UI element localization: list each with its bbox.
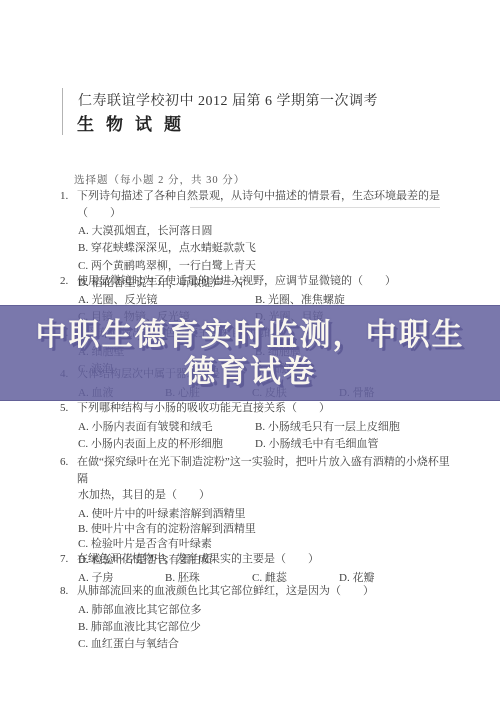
question-number: 5. (60, 400, 77, 417)
subject-heading: 生物试题 (77, 110, 193, 135)
option-C: C. 小肠内表面上皮的杯形细胞 (78, 436, 255, 453)
question-stem: 8.从肺部流回来的血液颜色比其它部位鲜红，这是因为（ ） (60, 583, 456, 600)
option-D: D. 小肠绒毛中有毛细血管 (255, 436, 378, 453)
option-row: C. 血红蛋白与氧结合 (60, 636, 456, 653)
option-row: C. 小肠内表面上皮的杯形细胞D. 小肠绒毛中有毛细血管 (60, 436, 456, 453)
question-stem: 5.下列哪种结构与小肠的吸收功能无直接关系（ ） (60, 400, 456, 417)
watermark-banner: 中职生德育实时监测，中职生 德育试卷 (0, 305, 500, 401)
option-C: C. 血红蛋白与氧结合 (78, 636, 179, 653)
option-B: B. 肺部血液比其它部位少 (78, 619, 201, 636)
option-row: B. 穿花蛱蝶深深见，点水蜻蜓款款飞 (60, 240, 456, 257)
option-A: A. 大漠孤烟直，长河落日圆 (78, 223, 212, 240)
question-7: 7.在绿色开花植物中，发育成果实的主要是（ ）A. 子房B. 胚珠C. 雌蕊D.… (60, 551, 456, 587)
scan-artifact-vertical-line (62, 88, 63, 135)
options: A. 肺部血液比其它部位多B. 肺部血液比其它部位少C. 血红蛋白与氧结合 (60, 602, 456, 654)
question-stem: 2.使用显微镜时为了使适量的光进入视野，应调节显微镜的（ ） (60, 273, 456, 290)
question-number: 6. (60, 454, 77, 487)
option-row: A. 肺部血液比其它部位多 (60, 602, 456, 619)
option-A: A. 小肠内表面有皱襞和绒毛 (78, 419, 255, 436)
question-text: 下列诗句描述了各种自然景观，从诗句中描述的情景看，生态环境最差的是（ ） (77, 188, 456, 221)
option-row: C. 检验叶片是否含有叶绿素 (60, 536, 456, 551)
question-stem: 7.在绿色开花植物中，发育成果实的主要是（ ） (60, 551, 456, 568)
banner-text-line2: 德育试卷 (184, 353, 316, 390)
option-B: B. 穿花蛱蝶深深见，点水蜻蜓款款飞 (78, 240, 256, 257)
option-row: A. 小肠内表面有皱襞和绒毛B. 小肠绒毛只有一层上皮细胞 (60, 419, 456, 436)
question-text: 使用显微镜时为了使适量的光进入视野，应调节显微镜的（ ） (77, 273, 396, 290)
scanned-exam-page: 仁寿联谊学校初中 2012 届第 6 学期第一次调考 生物试题 选择题（每小题 … (0, 0, 500, 707)
question-stem: 1.下列诗句描述了各种自然景观，从诗句中描述的情景看，生态环境最差的是（ ） (60, 188, 456, 221)
section-header: 选择题（每小题 2 分，共 30 分） (74, 172, 245, 187)
question-stem: 6.在做“探究绿叶在光下制造淀粉”这一实验时，把叶片放入盛有酒精的小烧杯里隔 (60, 454, 456, 487)
option-row: B. 肺部血液比其它部位少 (60, 619, 456, 636)
question-text: 下列哪种结构与小肠的吸收功能无直接关系（ ） (77, 400, 330, 417)
option-A: A. 肺部血液比其它部位多 (78, 602, 201, 619)
option-row: A. 使叶片中的叶绿素溶解到酒精里 (60, 506, 456, 521)
exam-title: 仁寿联谊学校初中 2012 届第 6 学期第一次调考 (78, 90, 378, 110)
option-A: A. 使叶片中的叶绿素溶解到酒精里 (78, 506, 245, 521)
question-number: 2. (60, 273, 77, 290)
question-5: 5.下列哪种结构与小肠的吸收功能无直接关系（ ）A. 小肠内表面有皱襞和绒毛B.… (60, 400, 456, 453)
question-number: 8. (60, 583, 77, 600)
question-8: 8.从肺部流回来的血液颜色比其它部位鲜红，这是因为（ ）A. 肺部血液比其它部位… (60, 583, 456, 654)
question-text: 在做“探究绿叶在光下制造淀粉”这一实验时，把叶片放入盛有酒精的小烧杯里隔 (77, 454, 456, 487)
option-C: C. 检验叶片是否含有叶绿素 (78, 536, 212, 551)
option-B: B. 使叶片中含有的淀粉溶解到酒精里 (78, 521, 256, 536)
question-text-line2: 水加热，其目的是（ ） (60, 487, 456, 504)
option-row: B. 使叶片中含有的淀粉溶解到酒精里 (60, 521, 456, 536)
option-row: A. 大漠孤烟直，长河落日圆 (60, 223, 456, 240)
banner-text-line1: 中职生德育实时监测，中职生 (36, 316, 465, 353)
options: A. 小肠内表面有皱襞和绒毛B. 小肠绒毛只有一层上皮细胞C. 小肠内表面上皮的… (60, 419, 456, 454)
question-text: 在绿色开花植物中，发育成果实的主要是（ ） (77, 551, 319, 568)
option-B: B. 小肠绒毛只有一层上皮细胞 (255, 419, 400, 436)
question-number: 7. (60, 551, 77, 568)
question-number: 1. (60, 188, 77, 221)
question-text: 从肺部流回来的血液颜色比其它部位鲜红，这是因为（ ） (77, 583, 374, 600)
